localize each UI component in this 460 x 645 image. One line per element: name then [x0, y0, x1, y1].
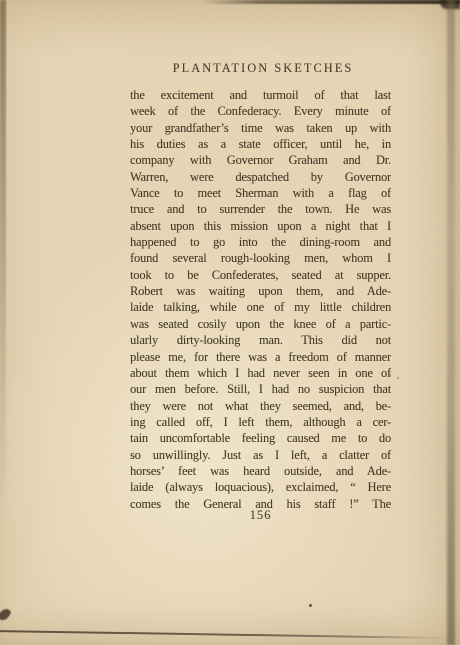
- text-line: happened to go into the dining-room and: [130, 234, 391, 250]
- text-line: ularly dirty-looking man. This did not: [130, 332, 391, 348]
- text-line: our men before. Still, I had no suspicio…: [130, 381, 391, 397]
- scan-edge-right: [447, 0, 455, 645]
- book-page-scan: PLANTATION SKETCHES the excitement and t…: [0, 0, 460, 645]
- text-line: the excitement and turmoil of that last: [130, 87, 391, 103]
- body-text: the excitement and turmoil of that last …: [130, 87, 391, 512]
- scan-page-bottom-edge: [0, 630, 448, 639]
- text-line: tain uncomfortable feeling caused me to …: [130, 430, 391, 446]
- text-line: Vance to meet Sherman with a flag of: [130, 185, 391, 201]
- text-line: found several rough-looking men, whom I: [130, 250, 391, 266]
- running-header: PLANTATION SKETCHES: [132, 61, 394, 76]
- text-line: took to be Confederates, seated at suppe…: [130, 267, 391, 283]
- text-line: about them which I had never seen in one…: [130, 365, 391, 381]
- text-line: laide (always loquacious), exclaimed, “ …: [130, 479, 391, 495]
- text-line: was seated cosily upon the knee of a par…: [130, 316, 391, 332]
- text-line: ing called off, I left them, although a …: [130, 414, 391, 430]
- text-line: your grandfather’s time was taken up wit…: [130, 120, 391, 136]
- text-line: absent upon this mission upon a night th…: [130, 218, 391, 234]
- ink-speck: [309, 604, 312, 607]
- text-line: horses’ feet was heard outside, and Ade-: [130, 463, 391, 479]
- text-line: week of the Confederacy. Every minute of: [130, 103, 391, 119]
- scan-edge-top: [200, 0, 460, 4]
- text-line: laide talking, while one of my little ch…: [130, 299, 391, 315]
- text-line: Warren, were despatched by Governor: [130, 169, 391, 185]
- text-line: truce and to surrender the town. He was: [130, 201, 391, 217]
- text-line: please me, for there was a freedom of ma…: [130, 349, 391, 365]
- text-line: they were not what they seemed, and, be-: [130, 398, 391, 414]
- text-line: company with Governor Graham and Dr.: [130, 152, 391, 168]
- text-line: Robert was waiting upon them, and Ade-: [130, 283, 391, 299]
- scan-edge-left: [0, 0, 6, 645]
- margin-specks: [389, 374, 391, 376]
- page-number: 156: [130, 508, 391, 523]
- text-line: his duties as a state officer, until he,…: [130, 136, 391, 152]
- text-line: so unwillingly. Just as I left, a clatte…: [130, 447, 391, 463]
